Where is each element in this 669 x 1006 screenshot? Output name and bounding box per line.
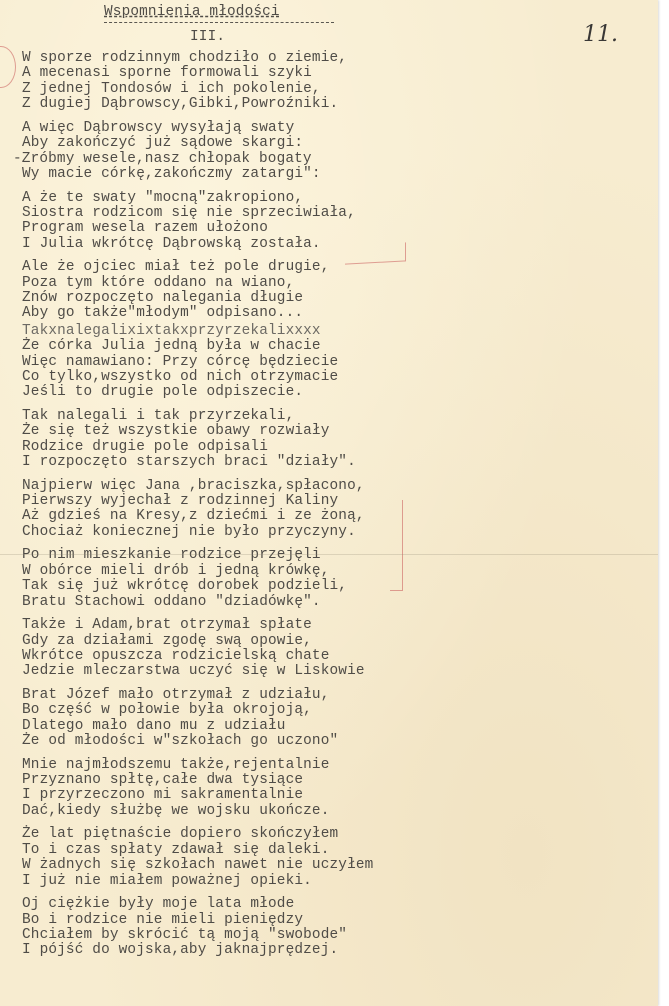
verse-line: Co tylko,wszystko od nich otrzymacie: [22, 370, 442, 385]
stanza: Najpierw więc Jana ,braciszka,spłacono, …: [22, 479, 442, 541]
verse-line: Poza tym które oddano na wiano,: [22, 276, 442, 291]
verse-line: Siostra rodzicom się nie sprzeciwiała,: [22, 206, 442, 221]
verse-line: Pierwszy wyjechał z rodzinnej Kaliny: [22, 494, 442, 509]
stanza: Po nim mieszkanie rodzice przejęli W obó…: [22, 548, 442, 610]
verse-line: W sporze rodzinnym chodziło o ziemie,: [22, 51, 442, 66]
verse-line: Najpierw więc Jana ,braciszka,spłacono,: [22, 479, 442, 494]
verse-line: Oj ciężkie były moje lata młode: [22, 897, 442, 912]
verse-line: Także i Adam,brat otrzymał spłate: [22, 618, 442, 633]
verse-line: Że od młodości w"szkołach go uczono": [22, 734, 442, 749]
section-number: III.: [190, 29, 225, 45]
stanza: Że lat piętnaście dopiero skończyłem To …: [22, 827, 442, 889]
stanza: Także i Adam,brat otrzymał spłate Gdy za…: [22, 618, 442, 680]
verse-line: Że się też wszystkie obawy rozwiały: [22, 424, 442, 439]
verse-line: Że lat piętnaście dopiero skończyłem: [22, 827, 442, 842]
stanza: Brat Józef mało otrzymał z udziału, Bo c…: [22, 688, 442, 750]
verse-line: I rozpoczęto starszych braci "działy".: [22, 455, 442, 470]
struck-out-line: Takxnalegalixixtakxprzyrzekalixxxx: [22, 324, 442, 339]
stanza: Mnie najmłodszemu także,rejentalnie Przy…: [22, 758, 442, 820]
verse-line: Ale że ojciec miał też pole drugie,: [22, 260, 442, 275]
stanza: Takxnalegalixixtakxprzyrzekalixxxx Że có…: [22, 324, 442, 401]
verse-line: Mnie najmłodszemu także,rejentalnie: [22, 758, 442, 773]
verse-line: Więc namawiano: Przy córcę będziecie: [22, 355, 442, 370]
verse-line: Wy macie córkę,zakończmy zatargi":: [22, 167, 442, 182]
verse-line: W obórce mieli drób i jedną krówkę,: [22, 564, 442, 579]
verse-line: Jeśli to drugie pole odpiszecie.: [22, 385, 442, 400]
document-title: Wspomnienia młodości: [104, 4, 280, 20]
verse-line: Rodzice drugie pole odpisali: [22, 440, 442, 455]
red-margin-mark: [0, 46, 16, 88]
verse-line: A więc Dąbrowscy wysyłają swaty: [22, 121, 442, 136]
verse-line: Tak się już wkrótcę dorobek podzieli,: [22, 579, 442, 594]
verse-line: Chociaż koniecznej nie było przyczyny.: [22, 525, 442, 540]
verse-line: I Julia wkrótcę Dąbrowską została.: [22, 237, 442, 252]
verse-line: Znów rozpoczęto nalegania długie: [22, 291, 442, 306]
verse-line: Gdy za działami zgodę swą opowie,: [22, 634, 442, 649]
verse-line: I już nie miałem poważnej opieki.: [22, 874, 442, 889]
verse-line: Bo i rodzice nie mieli pieniędzy: [22, 913, 442, 928]
handwritten-page-number: 11.: [583, 22, 618, 47]
stanza: Ale że ojciec miał też pole drugie, Poza…: [22, 260, 442, 322]
verse-line: Chciałem by skrócić tą moją "swobode": [22, 928, 442, 943]
stanza: Oj ciężkie były moje lata młode Bo i rod…: [22, 897, 442, 959]
verse-line: Z dugiej Dąbrowscy,Gibki,Powroźniki.: [22, 97, 442, 112]
verse-line: Dlatego mało dano mu z udziału: [22, 719, 442, 734]
verse-line: Aż gdzieś na Kresy,z dziećmi i ze żoną,: [22, 509, 442, 524]
verse-line: To i czas spłaty zdawał się daleki.: [22, 843, 442, 858]
verse-line: Bo część w połowie była okrojoją,: [22, 703, 442, 718]
verse-line: Z jednej Tondosów i ich pokolenie,: [22, 82, 442, 97]
stanza: W sporze rodzinnym chodziło o ziemie, A …: [22, 51, 442, 113]
verse-line: Przyznano spłtę,całe dwa tysiące: [22, 773, 442, 788]
verse-line: Aby go także"młodym" odpisano...: [22, 306, 442, 321]
verse-line: A że te swaty "mocną"zakropiono,: [22, 191, 442, 206]
verse-line: W żadnych się szkołach nawet nie uczyłem: [22, 858, 442, 873]
stanza: A że te swaty "mocną"zakropiono, Siostra…: [22, 191, 442, 253]
verse-line: I pójść do wojska,aby jaknajprędzej.: [22, 943, 442, 958]
title-underline: [104, 22, 334, 23]
verse-line: Program wesela razem ułożono: [22, 221, 442, 236]
verse-line: Jedzie mleczarstwa uczyć się w Liskowie: [22, 664, 442, 679]
verse-line: Dać,kiedy służbę we wojsku ukończe.: [22, 804, 442, 819]
verse-line: Aby zakończyć już sądowe skargi:: [22, 136, 442, 151]
document-page: Wspomnienia młodości III. 11. W sporze r…: [0, 0, 658, 1006]
verse-line: Że córka Julia jedną była w chacie: [22, 339, 442, 354]
verse-line: Wkrótce opuszcza rodzicielską chate: [22, 649, 442, 664]
verse-line: I przyrzeczono mi sakramentalnie: [22, 788, 442, 803]
verse-line: Brat Józef mało otrzymał z udziału,: [22, 688, 442, 703]
poem-body: W sporze rodzinnym chodziło o ziemie, A …: [22, 51, 442, 967]
verse-line: A mecenasi sporne formowali szyki: [22, 66, 442, 81]
stanza: A więc Dąbrowscy wysyłają swaty Aby zako…: [22, 121, 442, 183]
verse-line: Po nim mieszkanie rodzice przejęli: [22, 548, 442, 563]
verse-line: Bratu Stachowi oddano "dziadówkę".: [22, 595, 442, 610]
verse-line: -Zróbmy wesele,nasz chłopak bogaty: [13, 152, 442, 167]
stanza: Tak nalegali i tak przyrzekali, Że się t…: [22, 409, 442, 471]
